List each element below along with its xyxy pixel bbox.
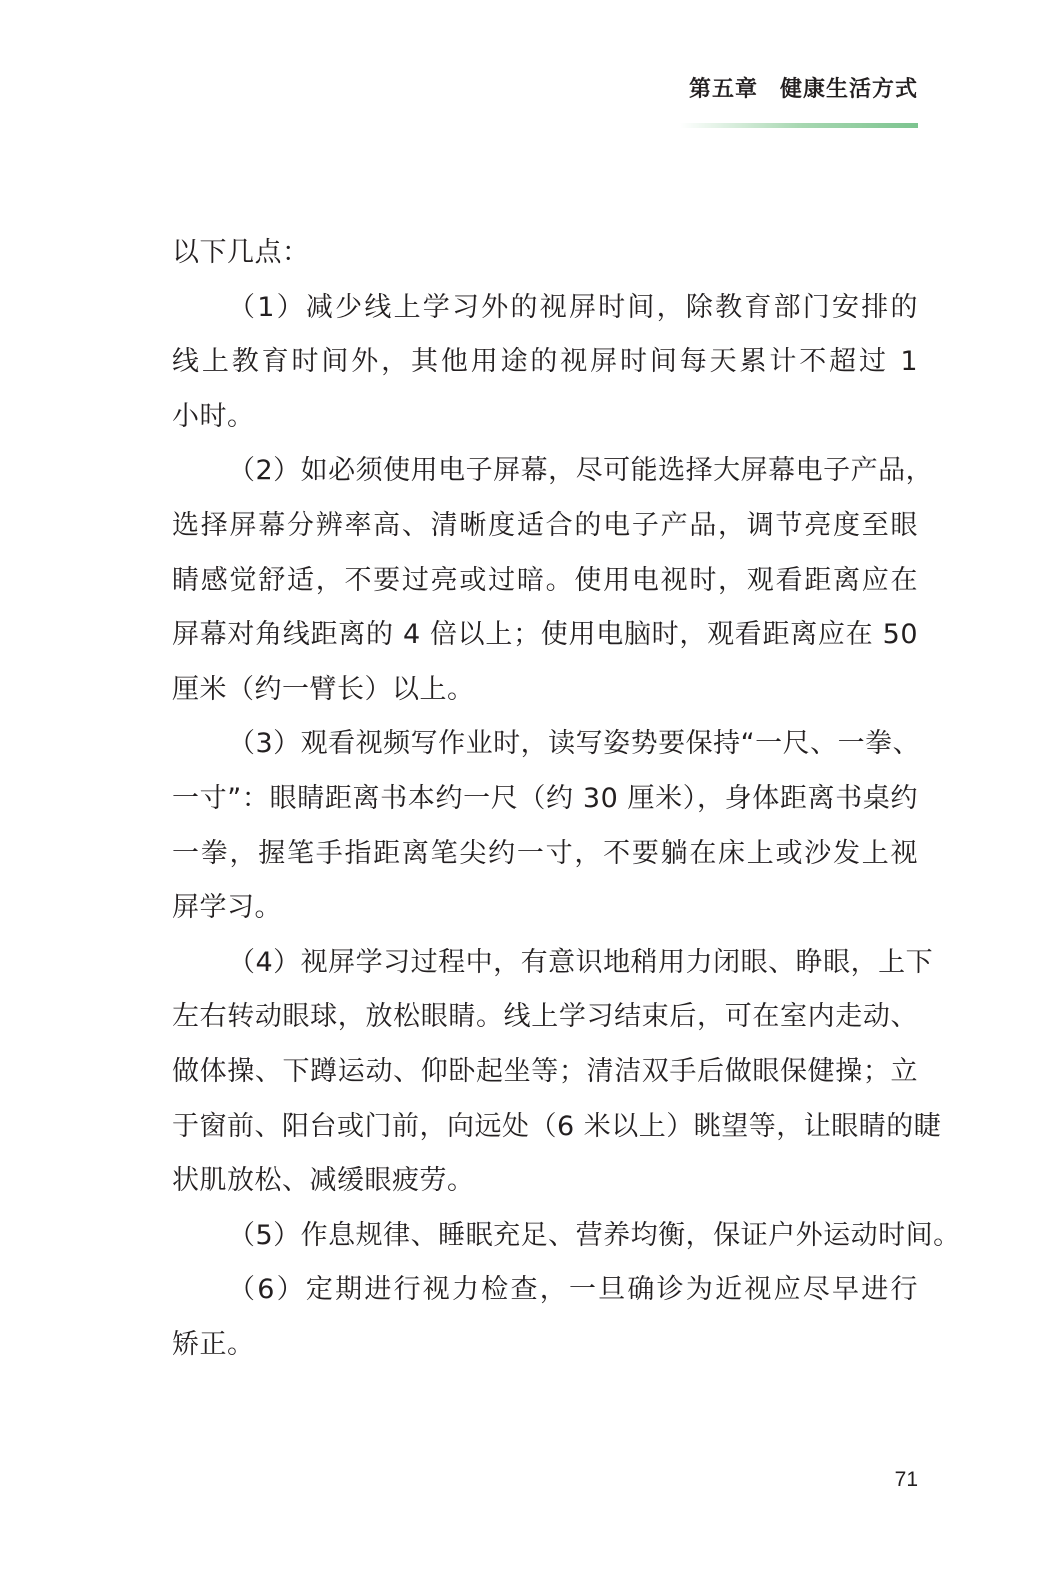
paragraph-line: 状肌放松、减缓眼疲劳。 xyxy=(172,1154,918,1209)
chapter-number: 第五章 xyxy=(689,77,758,102)
chapter-heading: 第五章健康生活方式 xyxy=(680,72,918,103)
paragraph-line: 睛感觉舒适，不要过亮或过暗。使用电视时，观看距离应在 xyxy=(172,554,918,609)
paragraph-line: （2）如必须使用电子屏幕，尽可能选择大屏幕电子产品， xyxy=(172,444,918,499)
paragraph-line: 于窗前、阳台或门前，向远处（6 米以上）眺望等，让眼睛的睫 xyxy=(172,1100,918,1155)
paragraph-line: 做体操、下蹲运动、仰卧起坐等；清洁双手后做眼保健操；立 xyxy=(172,1045,918,1100)
list-item-3: （3）观看视频写作业时，读写姿势要保持“一尺、一拳、 一寸”：眼睛距离书本约一尺… xyxy=(172,717,918,935)
paragraph-line: 厘米（约一臂长）以上。 xyxy=(172,663,918,718)
paragraph-line: 矫正。 xyxy=(172,1318,918,1373)
page-number: 71 xyxy=(880,1468,918,1492)
paragraph-line: 屏学习。 xyxy=(172,881,918,936)
list-item-4: （4）视屏学习过程中，有意识地稍用力闭眼、睁眼，上下 左右转动眼球，放松眼睛。线… xyxy=(172,936,918,1209)
paragraph-line: 屏幕对角线距离的 4 倍以上；使用电脑时，观看距离应在 50 xyxy=(172,608,918,663)
list-item-5: （5）作息规律、睡眠充足、营养均衡，保证户外运动时间。 xyxy=(172,1209,918,1264)
paragraph-line: （6）定期进行视力检查，一旦确诊为近视应尽早进行 xyxy=(172,1263,918,1318)
list-item-2: （2）如必须使用电子屏幕，尽可能选择大屏幕电子产品， 选择屏幕分辨率高、清晰度适… xyxy=(172,444,918,717)
paragraph-line: （3）观看视频写作业时，读写姿势要保持“一尺、一拳、 xyxy=(172,717,918,772)
running-header: 第五章健康生活方式 xyxy=(680,72,918,103)
paragraph-line: 一拳，握笔手指距离笔尖约一寸，不要躺在床上或沙发上视 xyxy=(172,827,918,882)
body-text: 以下几点： （1）减少线上学习外的视屏时间，除教育部门安排的 线上教育时间外，其… xyxy=(172,226,918,1372)
list-item-6: （6）定期进行视力检查，一旦确诊为近视应尽早进行 矫正。 xyxy=(172,1263,918,1372)
paragraph-line: 小时。 xyxy=(172,390,918,445)
paragraph-line: 一寸”：眼睛距离书本约一尺（约 30 厘米），身体距离书桌约 xyxy=(172,772,918,827)
intro-line: 以下几点： xyxy=(172,226,918,281)
chapter-title: 健康生活方式 xyxy=(780,77,918,102)
paragraph-line: 线上教育时间外，其他用途的视屏时间每天累计不超过 1 xyxy=(172,335,918,390)
paragraph-line: （4）视屏学习过程中，有意识地稍用力闭眼、睁眼，上下 xyxy=(172,936,918,991)
paragraph-line: （5）作息规律、睡眠充足、营养均衡，保证户外运动时间。 xyxy=(172,1209,918,1264)
paragraph-line: （1）减少线上学习外的视屏时间，除教育部门安排的 xyxy=(172,281,918,336)
paragraph-line: 左右转动眼球，放松眼睛。线上学习结束后，可在室内走动、 xyxy=(172,990,918,1045)
header-gradient-rule xyxy=(680,123,918,128)
list-item-1: （1）减少线上学习外的视屏时间，除教育部门安排的 线上教育时间外，其他用途的视屏… xyxy=(172,281,918,445)
paragraph-line: 选择屏幕分辨率高、清晰度适合的电子产品，调节亮度至眼 xyxy=(172,499,918,554)
